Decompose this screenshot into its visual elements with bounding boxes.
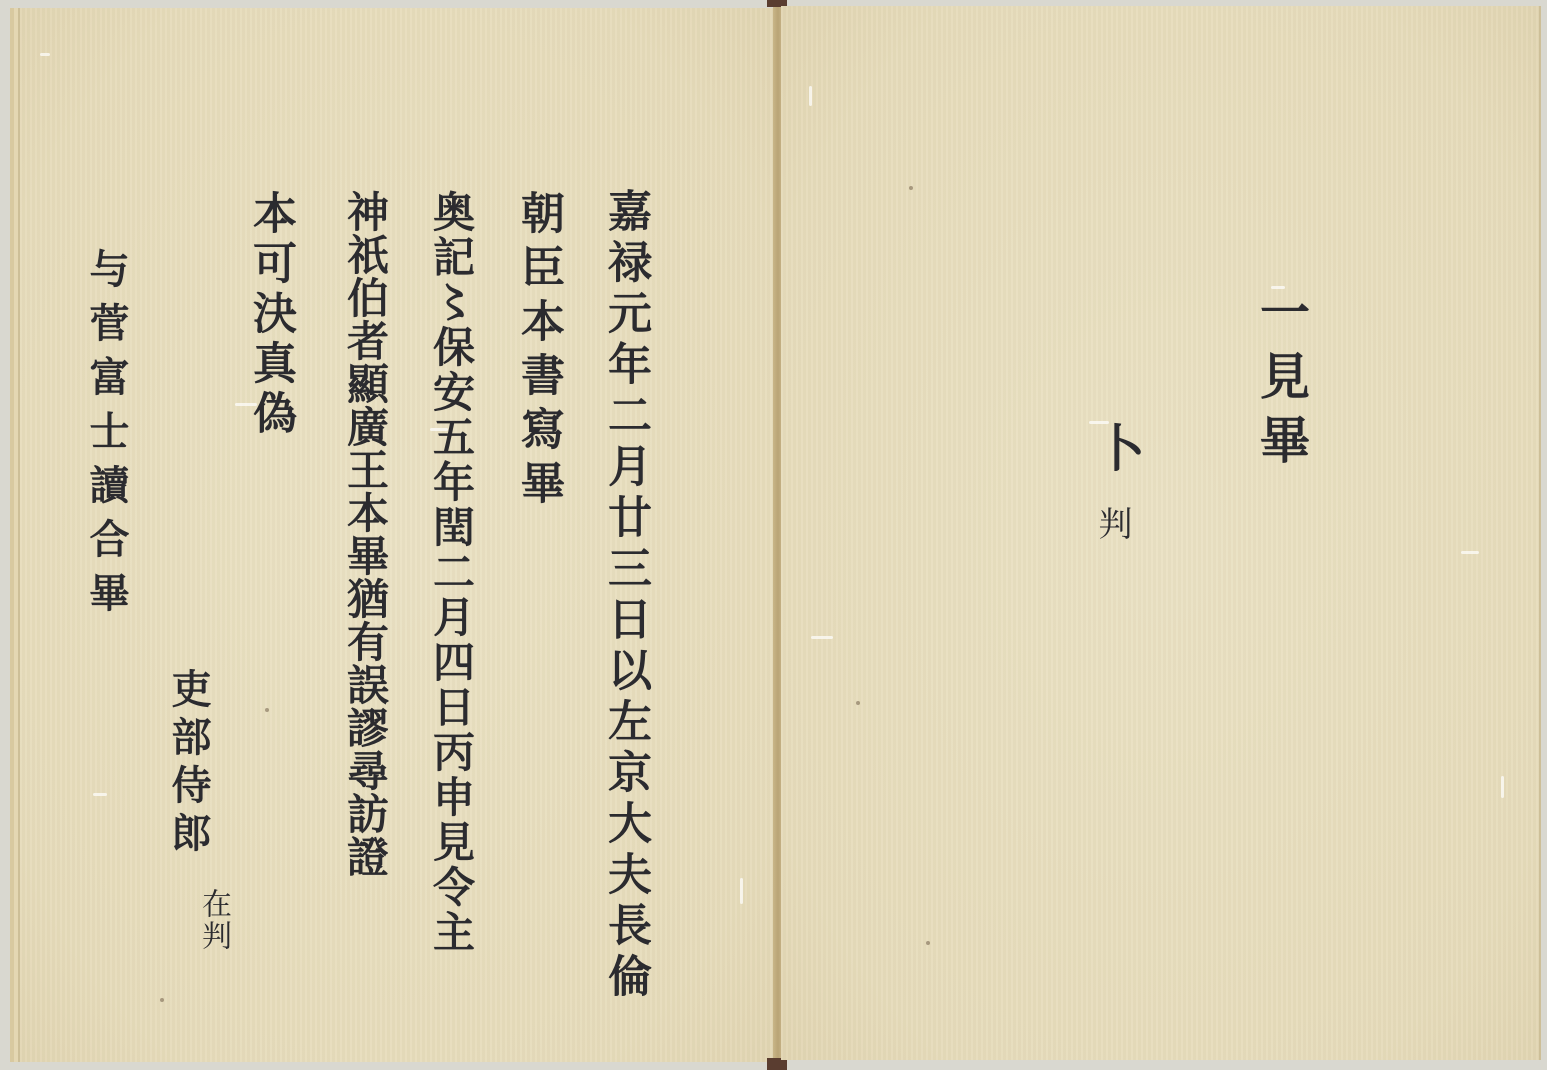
paper-fleck bbox=[740, 878, 743, 904]
inspection-note: 一見畢 bbox=[1256, 286, 1306, 478]
paper-fleck bbox=[1461, 551, 1479, 554]
paper-spot bbox=[160, 998, 164, 1002]
paper-fleck bbox=[40, 53, 50, 56]
colophon-line-1: 嘉禄元年二月廿三日以左京大夫長倫 bbox=[603, 188, 647, 1004]
paper-fleck bbox=[1501, 776, 1504, 798]
paper-spot bbox=[265, 708, 269, 712]
colophon-line-4: 神祇伯者顯廣王本畢猶有誤謬尋訪證 bbox=[344, 190, 386, 878]
paper-spot bbox=[909, 186, 913, 190]
paper-spot bbox=[926, 941, 930, 945]
paper-fleck bbox=[809, 86, 812, 106]
signature-mark: 在判 bbox=[198, 888, 228, 952]
inspector-seal: 判 bbox=[1095, 506, 1129, 544]
book-spread: 嘉禄元年二月廿三日以左京大夫長倫 朝臣本書寫畢 奥記〻保安五年閏二月四日丙申見令… bbox=[0, 0, 1547, 1070]
left-page: 嘉禄元年二月廿三日以左京大夫長倫 朝臣本書寫畢 奥記〻保安五年閏二月四日丙申見令… bbox=[10, 8, 775, 1062]
collation-note: 与菅富士讀合畢 bbox=[86, 248, 126, 626]
paper-spot bbox=[856, 701, 860, 705]
signature-title: 吏部侍郎 bbox=[168, 668, 208, 860]
colophon-line-3: 奥記〻保安五年閏二月四日丙申見令主 bbox=[430, 190, 472, 955]
right-page: 一見畢 卜 判 bbox=[781, 6, 1541, 1060]
inspector-name: 卜 bbox=[1091, 422, 1141, 476]
colophon-line-2: 朝臣本書寫畢 bbox=[516, 190, 560, 514]
paper-fleck bbox=[1089, 421, 1109, 424]
paper-fleck bbox=[235, 403, 257, 406]
paper-fleck bbox=[811, 636, 833, 639]
paper-fleck bbox=[1271, 286, 1285, 289]
paper-fleck bbox=[430, 428, 448, 431]
paper-fleck bbox=[93, 793, 107, 796]
